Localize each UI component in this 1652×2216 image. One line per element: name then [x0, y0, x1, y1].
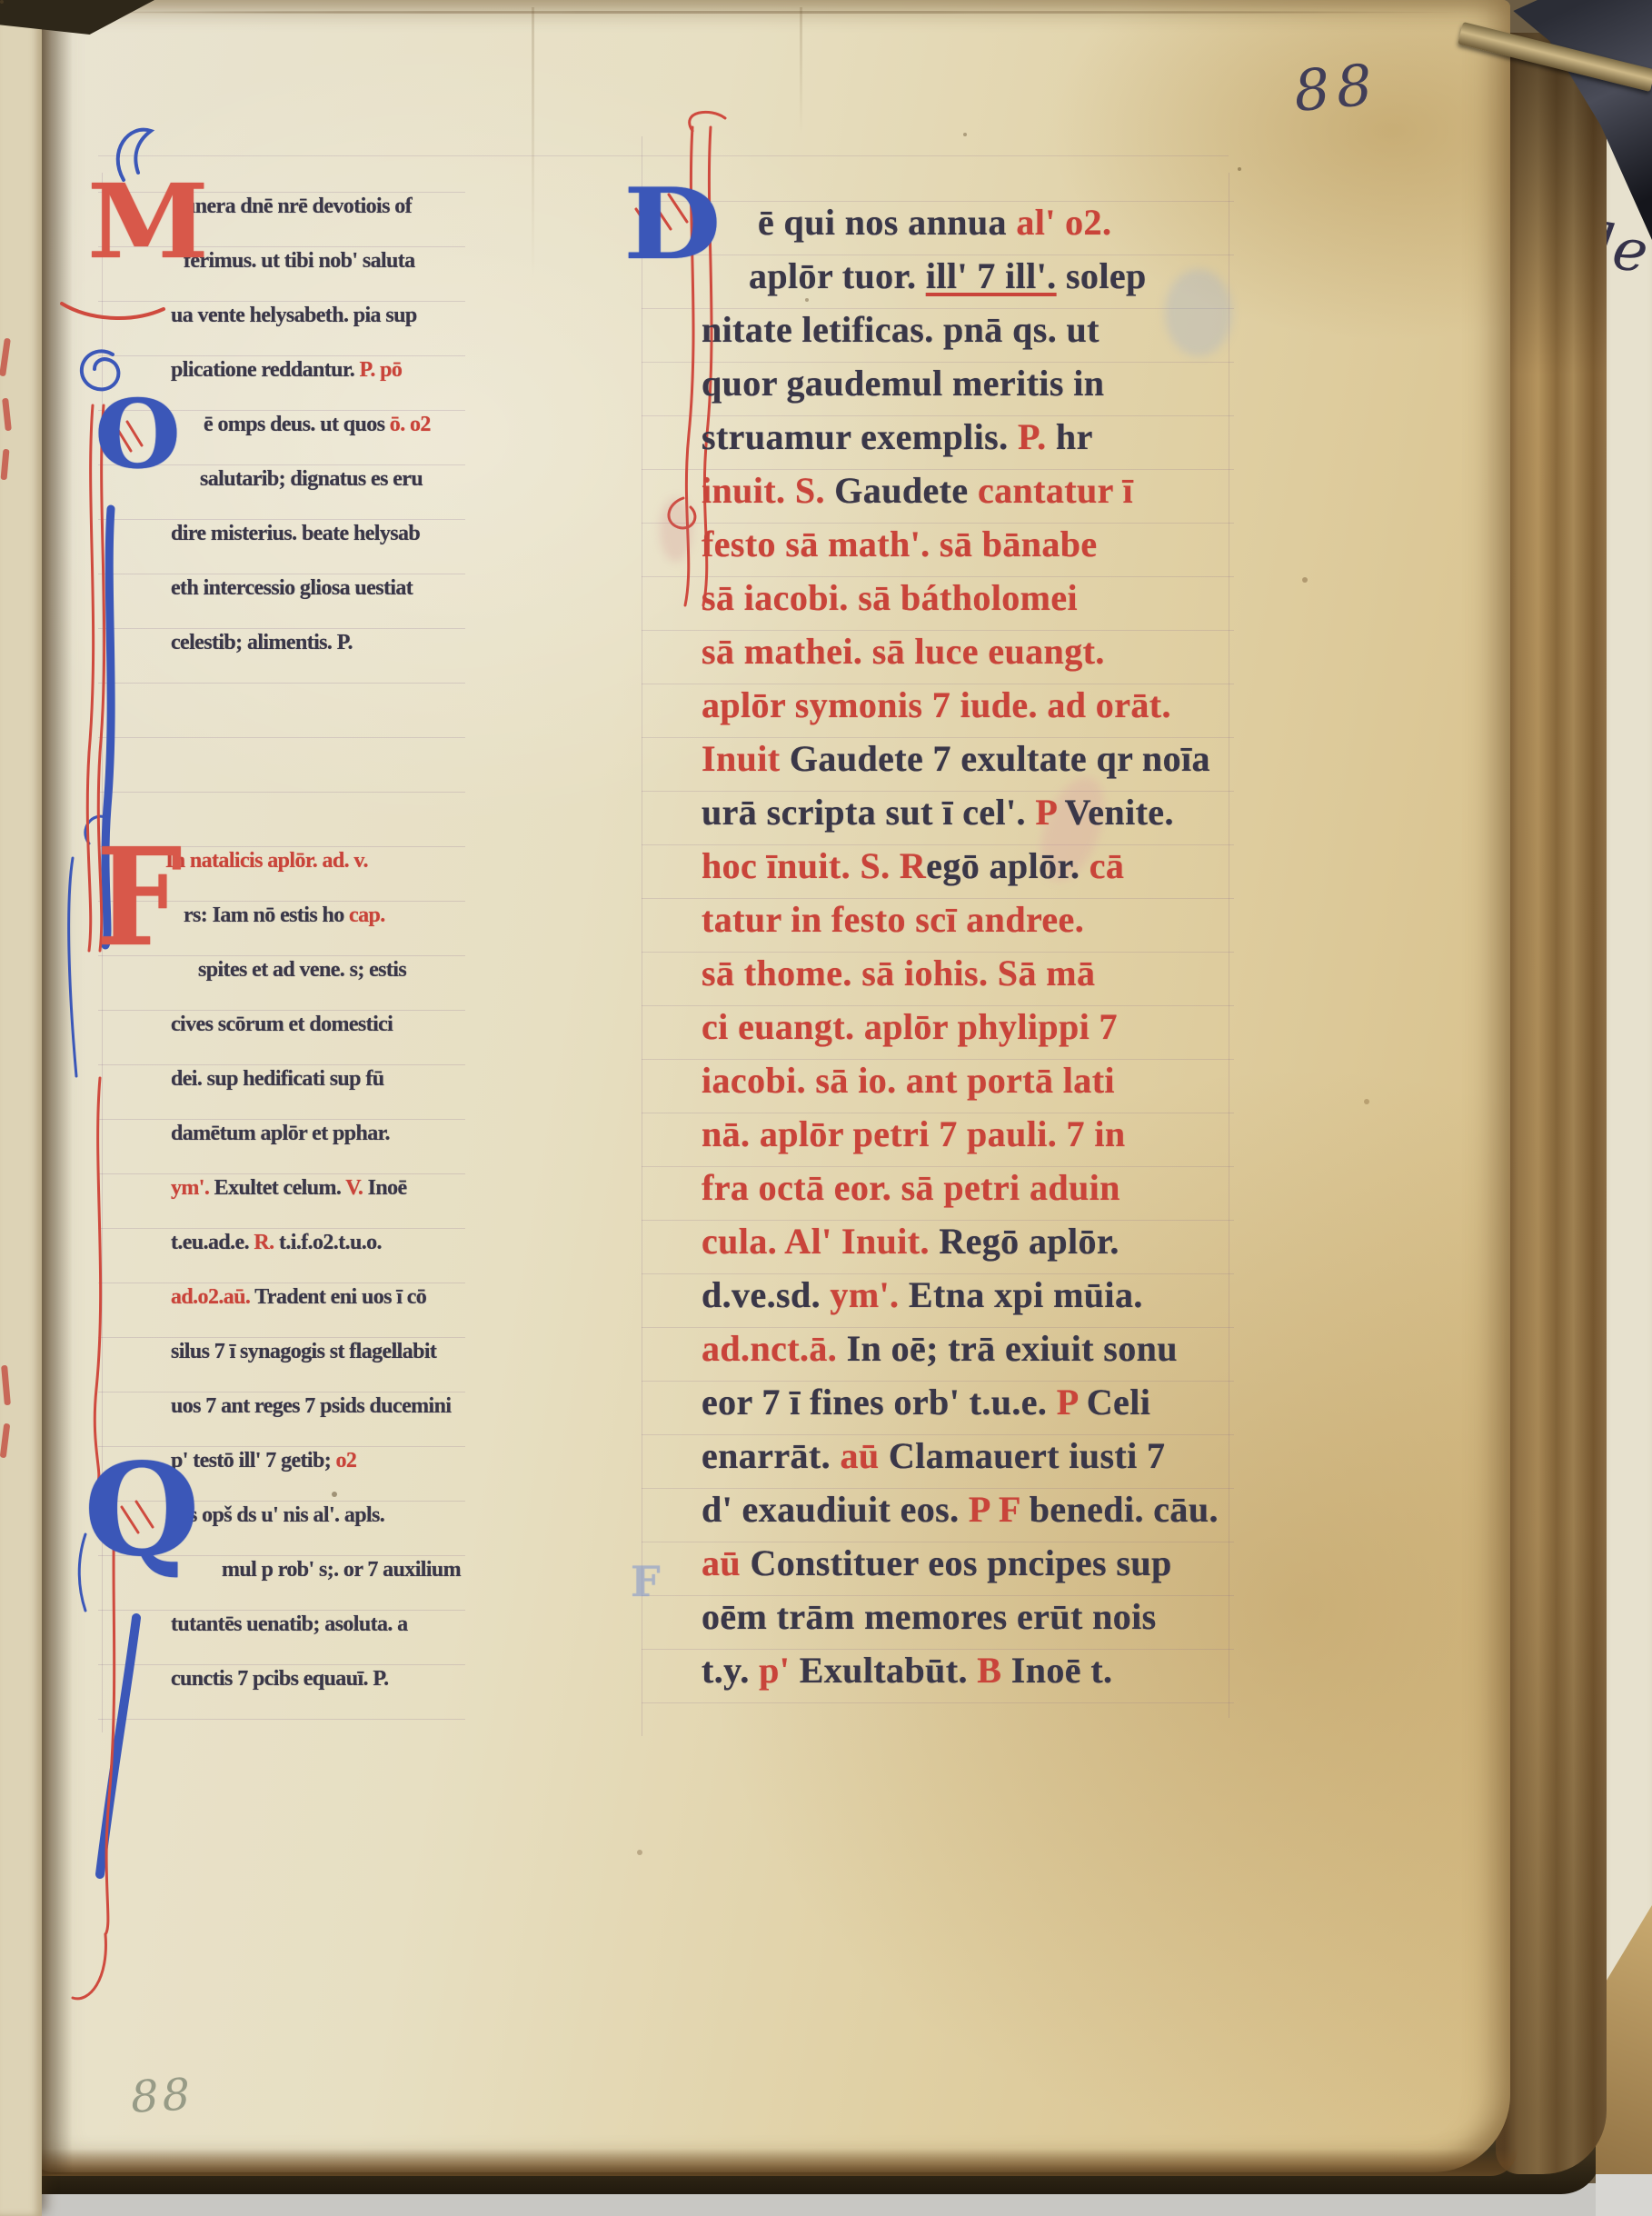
guide-letter-f: F [631, 1565, 661, 1599]
table-corner [1596, 2174, 1652, 2216]
text-segment: In oē; trā exiuit sonu [847, 1328, 1178, 1369]
text-segment: ym'. [830, 1274, 908, 1315]
text-segment: cā [1090, 845, 1125, 886]
text-segment: In natalicis aplōr. ad. v. [165, 849, 368, 873]
text-segment: Inoē [368, 1176, 407, 1200]
manuscript-line-left-r7: eth intercessio gliosa uestiat [171, 577, 413, 599]
text-segment: mul p rob' s;. or 7 auxilium [222, 1558, 461, 1582]
text-segment: R. [254, 1231, 279, 1254]
manuscript-line-right-r10: Inuit Gaudete 7 exultate qr noīa [702, 741, 1210, 777]
manuscript-line-left-r0: unera dnē nrē devotiois of [184, 195, 412, 217]
text-segment: p' [759, 1650, 800, 1691]
manuscript-line-right-r6: festo sā math'. sā bānabe [702, 526, 1098, 563]
text-segment: cunctis 7 pcibs equauī. P. [171, 1667, 389, 1691]
manuscript-line-right-r20: d.ve.sd. ym'. Etna xpi mūia. [702, 1277, 1143, 1313]
text-segment: Exultet celum. [214, 1176, 346, 1200]
text-segment: aū [840, 1435, 888, 1476]
manuscript-line-right-r3: quor gaudemul meritis in [702, 365, 1104, 402]
text-segment: dei. sup hedificati sup fū [171, 1067, 383, 1091]
text-segment: d' exaudiuit eos. [702, 1489, 969, 1530]
text-segment: plicatione reddantur. [171, 358, 360, 382]
manuscript-line-right-r8: sā mathei. sā luce euangt. [702, 634, 1105, 670]
text-segment: iacobi. sā io. ant portā lati [702, 1060, 1115, 1101]
manuscript-line-right-r14: sā thome. sā iohis. Sā mā [702, 955, 1095, 992]
text-segment: enarrāt. [702, 1435, 840, 1476]
manuscript-line-left-r8: celestib; alimentis. P. [171, 632, 353, 654]
text-segment: festo sā math'. sā bānabe [702, 524, 1098, 564]
text-segment: sā mathei. sā luce euangt. [702, 631, 1105, 672]
ruling-vertical [642, 136, 642, 1736]
initial-o: O [95, 396, 181, 472]
manuscript-line-left-r18: ym'. Exultet celum. V. Inoē [171, 1177, 407, 1199]
text-segment: cantatur ī [978, 470, 1133, 511]
manuscript-line-left-r15: cives scōrum et domestici [171, 1013, 393, 1035]
text-segment: t.i.f.o2.t.u.o. [279, 1231, 382, 1254]
text-segment: o2 [336, 1449, 357, 1472]
manuscript-line-left-r2: ua vente helysabeth. pia sup [171, 304, 417, 326]
text-segment: silus 7 ī synagogis st flagellabit [171, 1340, 436, 1363]
text-segment: cula. Al' Inuit. [702, 1221, 939, 1262]
manuscript-line-right-r11: urā scripta sut ī cel'. P Venite. [702, 794, 1174, 831]
parchment-crease [532, 7, 534, 280]
manuscript-line-left-r1: ferimus. ut tibi nob' saluta [184, 250, 415, 272]
text-segment: Inuit [702, 738, 790, 779]
text-segment: ferimus. ut tibi nob' saluta [184, 249, 415, 273]
text-segment: salutarib; dignatus es eru [200, 467, 423, 491]
text-segment: eth intercessio gliosa uestiat [171, 576, 413, 600]
text-segment: P. [1018, 416, 1056, 457]
manuscript-photo: le [0, 0, 1652, 2216]
page-top-crease [55, 11, 1472, 14]
initial-d: D [623, 185, 722, 264]
manuscript-line-left-r21: silus 7 ī synagogis st flagellabit [171, 1341, 436, 1363]
manuscript-line-right-r21: ad.nct.ā. In oē; trā exiuit sonu [702, 1331, 1178, 1367]
text-segment: tatur in festo scī andree. [702, 899, 1084, 940]
manuscript-line-right-r17: nā. aplōr petri 7 pauli. 7 in [702, 1116, 1126, 1153]
ruling-vertical [1229, 173, 1229, 1718]
manuscript-line-right-r7: sā iacobi. sā bátholomei [702, 580, 1078, 616]
manuscript-line-left-r19: t.eu.ad.e. R. t.i.f.o2.t.u.o. [171, 1232, 382, 1253]
pink-smudge [660, 498, 692, 562]
text-segment: d.ve.sd. [702, 1274, 830, 1315]
text-segment: cap. [349, 903, 385, 927]
text-segment: rs: Iam nō estis ho [184, 903, 349, 927]
text-segment: al' o2. [1016, 202, 1111, 243]
manuscript-line-right-r26: oēm trām memores erūt nois [702, 1599, 1157, 1635]
text-segment: cives scōrum et domestici [171, 1013, 393, 1036]
blue-ink-stain [1165, 269, 1232, 356]
manuscript-line-right-r13: tatur in festo scī andree. [702, 902, 1084, 938]
manuscript-line-left-r6: dire misterius. beate helysab [171, 523, 420, 544]
text-segment: tutantēs uenatib; asoluta. a [171, 1612, 408, 1636]
text-segment: quor gaudemul meritis in [702, 363, 1104, 404]
text-segment: ad.o2.aū. [171, 1285, 254, 1309]
manuscript-line-left-r5: salutarib; dignatus es eru [200, 468, 423, 490]
text-segment: fra octā eor. sā petri aduin [702, 1167, 1120, 1208]
text-segment: Constituer eos pncipes sup [750, 1542, 1171, 1583]
parchment-crease [800, 7, 802, 135]
manuscript-line-right-r25: aū Constituer eos pncipes sup [702, 1545, 1172, 1582]
manuscript-line-right-r16: iacobi. sā io. ant portā lati [702, 1063, 1115, 1099]
manuscript-line-left-r13: rs: Iam nō estis ho cap. [184, 904, 385, 926]
text-segment: t.eu.ad.e. [171, 1231, 254, 1254]
text-segment: Clamauert iusti 7 [889, 1435, 1166, 1476]
initial-m: M [87, 182, 209, 264]
initial-q: Q [84, 1460, 200, 1562]
text-segment: benedi. cāu. [1030, 1489, 1219, 1530]
text-segment: struamur exemplis. [702, 416, 1018, 457]
text-segment: Tradent eni uos ī cō [254, 1285, 426, 1309]
manuscript-line-right-r15: ci euangt. aplōr phylippi 7 [702, 1009, 1118, 1045]
text-segment: uos 7 ant reges 7 psids ducemini [171, 1394, 451, 1418]
text-segment: ō. o2 [390, 413, 431, 436]
text-segment: oēm trām memores erūt nois [702, 1596, 1157, 1637]
text-segment: Exultabūt. [800, 1650, 978, 1691]
manuscript-line-right-r5: inuit. S. Gaudete cantatur ī [702, 473, 1133, 509]
manuscript-line-right-r24: d' exaudiuit eos. P F benedi. cāu. [702, 1492, 1219, 1528]
manuscript-line-right-r12: hoc īnuit. S. Regō aplōr. cā [702, 848, 1124, 884]
manuscript-line-right-r23: enarrāt. aū Clamauert iusti 7 [702, 1438, 1165, 1474]
manuscript-line-left-r16: dei. sup hedificati sup fū [171, 1068, 383, 1090]
text-segment: ad.nct.ā. [702, 1328, 847, 1369]
text-segment: dire misterius. beate helysab [171, 522, 420, 545]
text-segment: t.y. [702, 1650, 759, 1691]
manuscript-line-right-r18: fra octā eor. sā petri aduin [702, 1170, 1120, 1206]
manuscript-line-left-r27: cunctis 7 pcibs equauī. P. [171, 1668, 389, 1690]
text-segment: unera dnē nrē devotiois of [184, 195, 412, 218]
manuscript-line-left-r22: uos 7 ant reges 7 psids ducemini [171, 1395, 451, 1417]
manuscript-line-right-r0: ē qui nos annua al' o2. [758, 205, 1111, 241]
text-segment: P [1035, 792, 1064, 833]
text-segment: aplōr symonis 7 iude. ad orāt. [702, 684, 1171, 725]
manuscript-line-right-r2: nitate letificas. pnā qs. ut [702, 312, 1100, 348]
text-segment: ē qui nos annua [758, 202, 1016, 243]
text-segment: ē omps deus. ut quos [204, 413, 390, 436]
text-segment: egō aplōr. [926, 845, 1090, 886]
manuscript-line-left-r25: mul p rob' s;. or 7 auxilium [222, 1559, 461, 1581]
text-segment: P. pō [360, 358, 403, 382]
text-segment: Venite. [1065, 792, 1174, 833]
text-segment: P F [969, 1489, 1030, 1530]
text-segment: Gaudete 7 exultate qr noīa [790, 738, 1210, 779]
manuscript-line-right-r22: eor 7 ī fines orb' t.u.e. P Celi [702, 1384, 1150, 1421]
text-segment: Celi [1087, 1382, 1150, 1422]
manuscript-line-left-r4: ē omps deus. ut quos ō. o2 [204, 414, 431, 435]
text-segment: B [977, 1650, 1010, 1691]
text-segment: P [1057, 1382, 1087, 1422]
initial-f: F [96, 843, 183, 951]
gutter-previous-page [0, 0, 42, 2216]
manuscript-line-left-r3: plicatione reddantur. P. pō [171, 359, 402, 381]
gutter-crease [42, 0, 73, 2174]
page-bottom-edge [27, 2149, 1518, 2176]
manuscript-line-right-r9: aplōr symonis 7 iude. ad orāt. [702, 687, 1171, 724]
folio-number-bottom: 88 [130, 2069, 195, 2123]
text-segment: nitate letificas. pnā qs. ut [702, 309, 1100, 350]
parchment-speckles [0, 0, 4, 4]
text-segment: ua vente helysabeth. pia sup [171, 304, 417, 327]
text-segment: s opš ds u' nis al'. apls. [189, 1503, 384, 1527]
manuscript-line-left-r12: In natalicis aplōr. ad. v. [165, 850, 368, 872]
text-segment: sā thome. sā iohis. Sā mā [702, 953, 1095, 993]
ruling-top [98, 155, 1229, 156]
text-segment: urā scripta sut ī cel'. [702, 792, 1035, 833]
text-segment: aplōr tuor. [749, 255, 926, 296]
text-segment: damētum aplōr et pphar. [171, 1122, 390, 1145]
text-segment: sā iacobi. sā bátholomei [702, 577, 1078, 618]
text-segment: celestib; alimentis. P. [171, 631, 353, 654]
text-segment: Etna xpi mūia. [909, 1274, 1143, 1315]
text-segment: ill' 7 ill'. [926, 255, 1057, 296]
text-segment: eor 7 ī fines orb' t.u.e. [702, 1382, 1057, 1422]
manuscript-line-right-r19: cula. Al' Inuit. Regō aplōr. [702, 1223, 1120, 1260]
manuscript-line-left-r14: spites et ad vene. s; estis [198, 959, 406, 981]
text-segment: nā. aplōr petri 7 pauli. 7 in [702, 1113, 1126, 1154]
manuscript-line-left-r26: tutantēs uenatib; asoluta. a [171, 1613, 408, 1635]
text-segment: hoc īnuit. S. R [702, 845, 926, 886]
text-segment: ym'. [171, 1176, 214, 1200]
manuscript-line-left-r24: s opš ds u' nis al'. apls. [189, 1504, 384, 1526]
text-segment: spites et ad vene. s; estis [198, 958, 406, 982]
text-segment: inuit. S. [702, 470, 834, 511]
text-segment: ci euangt. aplōr phylippi 7 [702, 1006, 1118, 1047]
folio-number-top: 88 [1291, 51, 1381, 125]
text-segment: Regō aplōr. [939, 1221, 1119, 1262]
text-segment: Inoē t. [1011, 1650, 1113, 1691]
manuscript-line-left-r20: ad.o2.aū. Tradent eni uos ī cō [171, 1286, 426, 1308]
manuscript-line-right-r27: t.y. p' Exultabūt. B Inoē t. [702, 1652, 1112, 1689]
fore-edge-page-stack [1496, 33, 1607, 2174]
manuscript-line-right-r4: struamur exemplis. P. hr [702, 419, 1093, 455]
text-segment: solep [1057, 255, 1147, 296]
text-segment: V. [345, 1176, 367, 1200]
manuscript-line-left-r17: damētum aplōr et pphar. [171, 1123, 390, 1144]
manuscript-line-right-r1: aplōr tuor. ill' 7 ill'. solep [749, 258, 1147, 294]
text-segment: aū [702, 1542, 750, 1583]
text-segment: Gaudete [834, 470, 978, 511]
text-segment: hr [1056, 416, 1093, 457]
